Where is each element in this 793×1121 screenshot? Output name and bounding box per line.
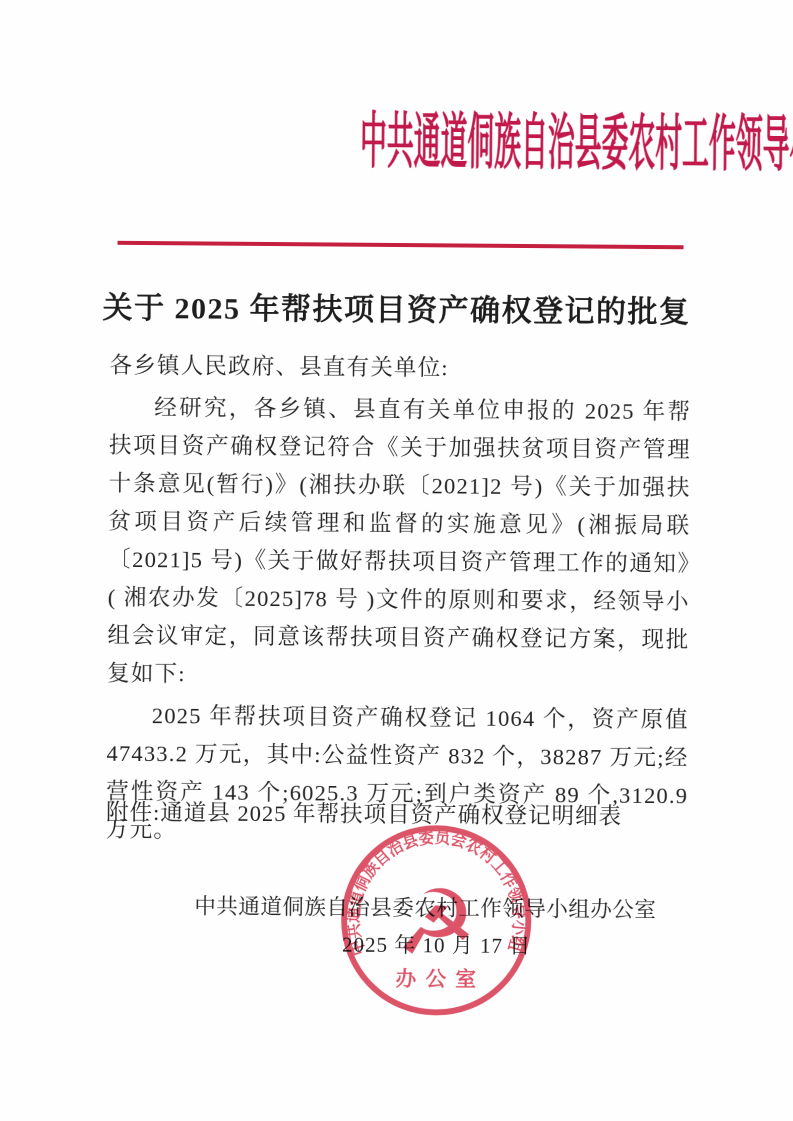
letterhead-org-name: 中共通道侗族自治县委农村工作领导小组办公室 (1, 105, 793, 181)
signature-date: 2025 年 10 月 17 日 (342, 929, 531, 960)
salutation-line: 各乡镇人民政府、县直有关单位: (109, 347, 691, 390)
hammer-and-sickle-icon: ☭ (395, 870, 477, 976)
page-content: 中共通道侗族自治县委农村工作领导小组办公室 关于 2025 年帮扶项目资产确权登… (0, 0, 793, 1121)
letterhead-org-name-text: 中共通道侗族自治县委农村工作领导小组办公室 (360, 108, 793, 182)
signature-org-name: 中共通道侗族自治县委农村工作领导小组办公室 (0, 888, 788, 925)
attachment-line: 附件:通道县 2025 年帮扶项目资产确权登记明细表 (106, 795, 706, 832)
seal-bottom-text: 办公室 (396, 967, 477, 992)
body-paragraph-1: 经研究，各乡镇、县直有关单位申报的 2025 年帮扶项目资产确权登记符合《关于加… (107, 389, 691, 698)
letterhead-divider-rule (118, 241, 684, 249)
document-body: 各乡镇人民政府、县直有关单位: 经研究，各乡镇、县直有关单位申报的 2025 年… (106, 347, 692, 854)
scanned-document-page: 中共通道侗族自治县委农村工作领导小组办公室 关于 2025 年帮扶项目资产确权登… (0, 0, 793, 1121)
document-title: 关于 2025 年帮扶项目资产确权登记的批复 (0, 288, 793, 334)
